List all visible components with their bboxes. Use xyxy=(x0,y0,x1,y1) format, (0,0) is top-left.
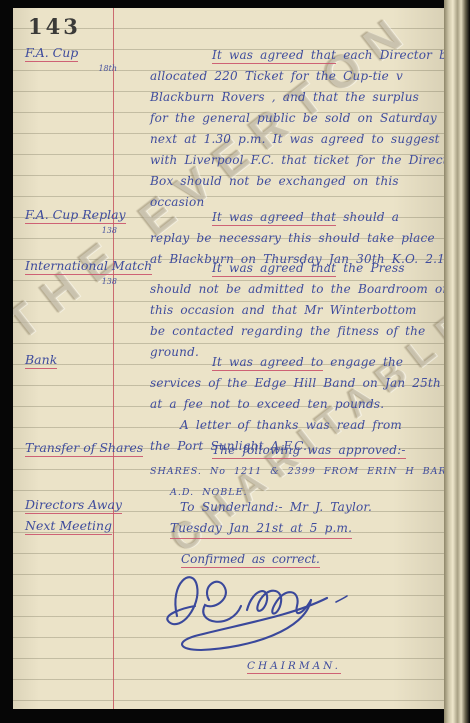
minute-line: replay be necessary this should take pla… xyxy=(150,228,444,249)
minute-line: should not be admitted to the Boardroom … xyxy=(150,279,444,300)
minute-line: It was agreed that each Director be xyxy=(150,45,444,66)
minute-book-scan: THE EVERTON CO CHARITABLE TRUST 143 F.A.… xyxy=(0,0,470,723)
section-heading-bank: Bank xyxy=(25,352,155,367)
minute-line: for the general public be sold on Saturd… xyxy=(150,108,444,129)
page-binding-edge xyxy=(444,0,470,723)
chairman-signature xyxy=(131,560,361,659)
minute-line: services of the Edge Hill Band on Jan 25… xyxy=(150,373,444,394)
minute-line: It was agreed that the Press xyxy=(150,258,444,279)
page-number: 143 xyxy=(28,14,81,39)
minute-line: next at 1.30 p.m. It was agreed to sugge… xyxy=(150,129,444,150)
section-note: 18th xyxy=(25,64,117,73)
section-heading-fa-cup-replay: F.A. Cup Replay xyxy=(25,207,155,222)
minute-line: It was agreed to engage the xyxy=(150,352,444,373)
minute-line: Box should not be exchanged on this xyxy=(150,171,444,192)
minute-line: be contacted regarding the fitness of th… xyxy=(150,321,444,342)
minute-line: allocated 220 Ticket for the Cup-tie v xyxy=(150,66,444,87)
minute-line-shares: SHARES. No 1211 & 2399 FROM ERIN H BARKE… xyxy=(150,461,444,482)
minute-line: this occasion and that Mr Winterbottom xyxy=(150,300,444,321)
section-heading-directors-away: Directors Away xyxy=(25,497,155,512)
section-heading-next-meeting: Next Meeting xyxy=(25,518,155,533)
minute-line: It was agreed that should a xyxy=(150,207,444,228)
section-body-directors-away: To Sunderland:- Mr J. Taylor. Tuesday Ja… xyxy=(150,497,444,539)
minute-line: with Liverpool F.C. that ticket for the … xyxy=(150,150,444,171)
section-heading-international-match: International Match xyxy=(25,258,155,273)
section-note: 138 xyxy=(25,277,117,286)
minute-line: Tuesday Jan 21st at 5 p.m. xyxy=(150,518,444,539)
section-heading-transfer-of-shares: Transfer of Shares xyxy=(25,440,155,455)
section-body-fa-cup: It was agreed that each Director be allo… xyxy=(150,45,444,213)
minute-line: Blackburn Rovers , and that the surplus xyxy=(150,87,444,108)
minute-line: A letter of thanks was read from xyxy=(150,415,444,436)
minute-line: To Sunderland:- Mr J. Taylor. xyxy=(150,497,444,518)
minute-line: The following was approved:- xyxy=(150,440,444,461)
section-body-transfer-of-shares: The following was approved:- SHARES. No … xyxy=(150,440,444,503)
section-note: 138 xyxy=(25,226,117,235)
minute-line: at a fee not to exceed ten pounds. xyxy=(150,394,444,415)
section-heading-fa-cup: F.A. Cup xyxy=(25,45,155,60)
ledger-page: THE EVERTON CO CHARITABLE TRUST 143 F.A.… xyxy=(13,8,444,709)
section-body-international-match: It was agreed that the Press should not … xyxy=(150,258,444,363)
chairman-label: CHAIRMAN. xyxy=(247,660,341,674)
